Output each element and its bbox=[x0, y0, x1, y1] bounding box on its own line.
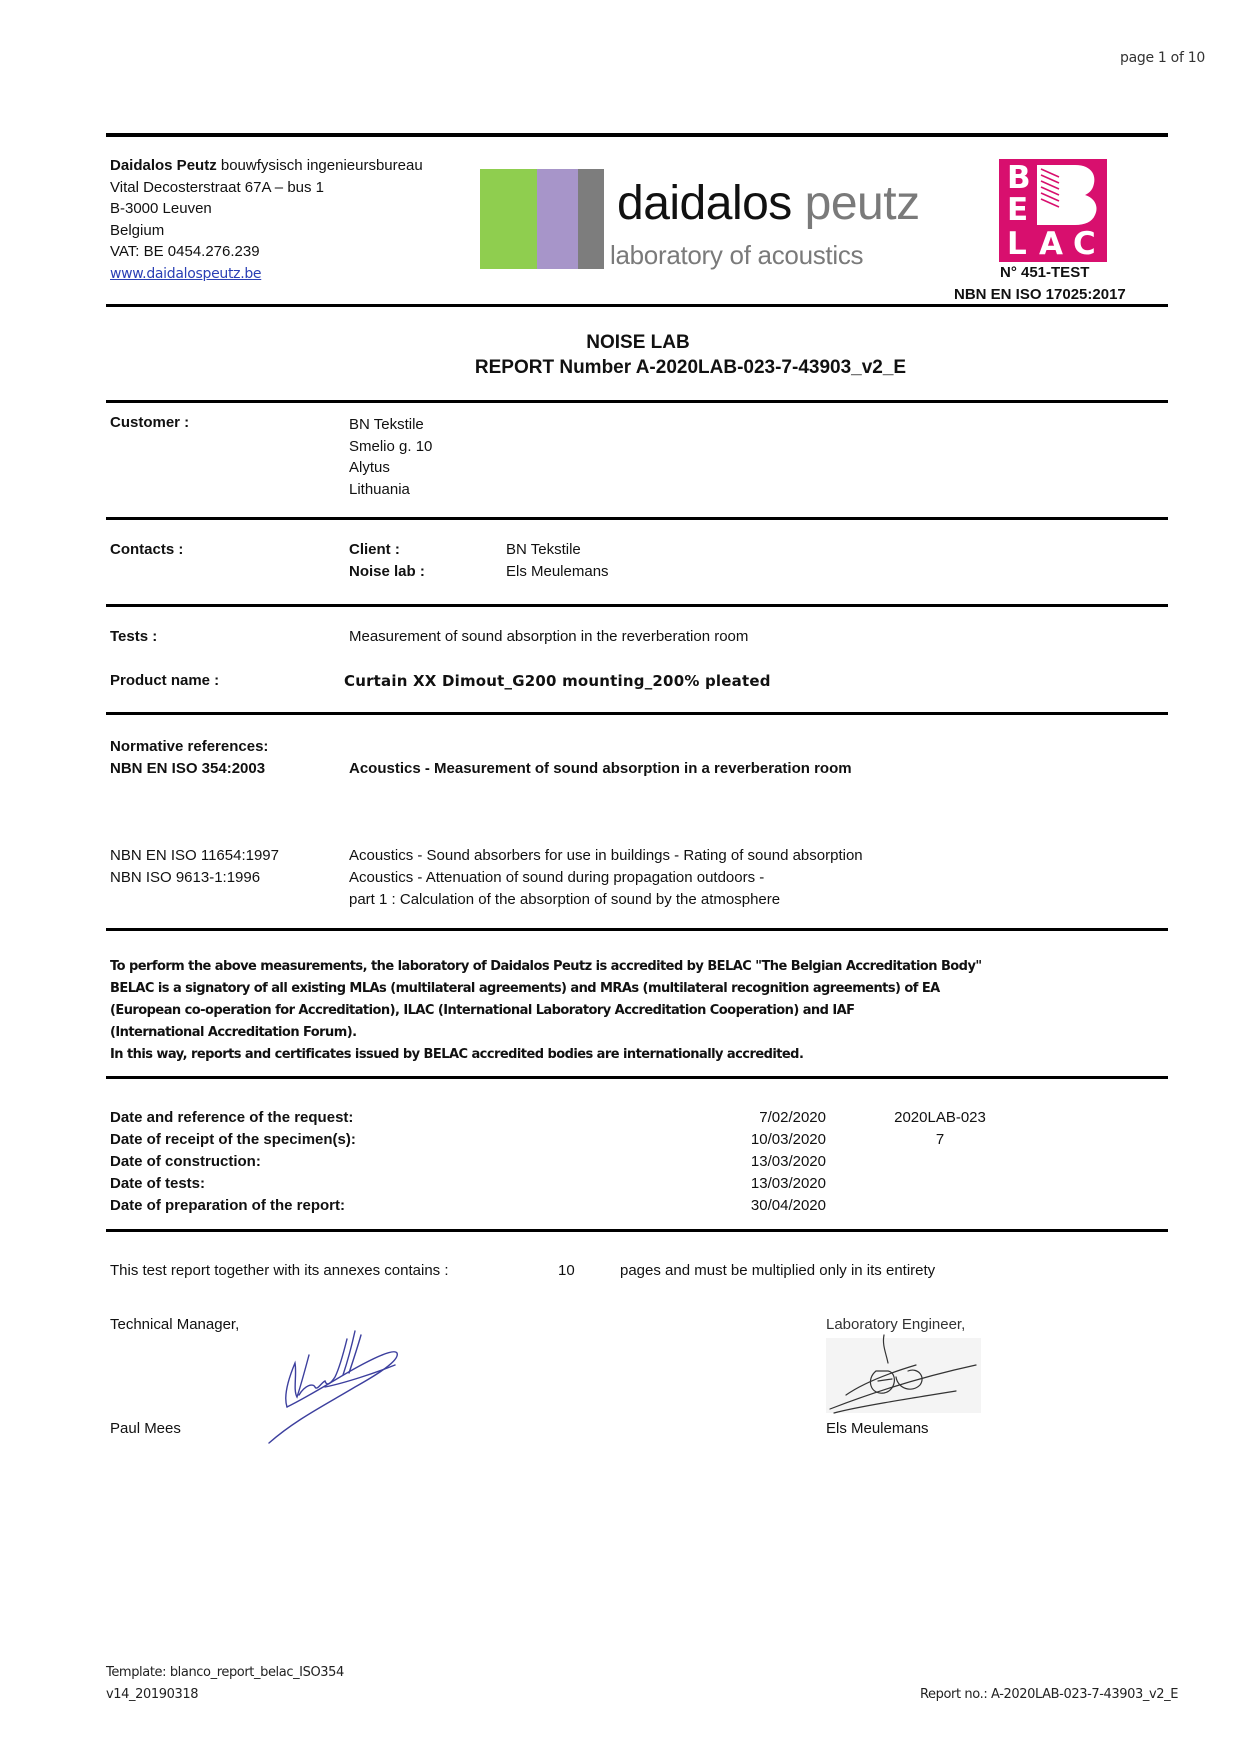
accreditation-line: (International Accreditation Forum). bbox=[110, 1022, 982, 1044]
belac-standard: NBN EN ISO 17025:2017 bbox=[954, 286, 1126, 303]
pages-count: 10 bbox=[558, 1262, 575, 1279]
product-name-value: Curtain XX Dimout_G200 mounting_200% ple… bbox=[344, 672, 771, 690]
contacts-label: Contacts : bbox=[110, 541, 183, 558]
address-country: Belgium bbox=[110, 220, 423, 242]
dates-values: 7/02/2020 10/03/2020 13/03/2020 13/03/20… bbox=[700, 1107, 826, 1217]
divider bbox=[106, 517, 1168, 520]
normative-code: NBN EN ISO 11654:1997 bbox=[110, 847, 279, 864]
dates-labels: Date and reference of the request: Date … bbox=[110, 1107, 356, 1217]
customer-street: Smelio g. 10 bbox=[349, 436, 432, 458]
technical-manager-title: Technical Manager, bbox=[110, 1316, 239, 1333]
belac-letter: E bbox=[1007, 195, 1028, 226]
technical-manager-name: Paul Mees bbox=[110, 1420, 181, 1437]
normative-desc: Acoustics - Sound absorbers for use in b… bbox=[349, 847, 863, 864]
contact-role-client: Client : bbox=[349, 541, 400, 558]
laboratory-engineer-name: Els Meulemans bbox=[826, 1420, 929, 1437]
contact-noiselab-name: Els Meulemans bbox=[506, 563, 609, 580]
accreditation-line: To perform the above measurements, the l… bbox=[110, 956, 982, 978]
logo-subtitle: laboratory of acoustics bbox=[610, 240, 863, 271]
laboratory-engineer-title: Laboratory Engineer, bbox=[826, 1316, 965, 1333]
customer-city: Alytus bbox=[349, 457, 432, 479]
logo-word-daidalos: daidalos bbox=[617, 177, 792, 230]
date-value: 10/03/2020 bbox=[700, 1129, 826, 1151]
specimen-reference: 7 bbox=[880, 1129, 1000, 1151]
tests-value: Measurement of sound absorption in the r… bbox=[349, 628, 748, 645]
belac-logo: B E L A C bbox=[999, 159, 1107, 262]
normative-primary-code: NBN EN ISO 354:2003 bbox=[110, 760, 265, 777]
product-name-label: Product name : bbox=[110, 672, 219, 689]
company-logo-mark bbox=[480, 169, 604, 269]
date-value: 13/03/2020 bbox=[700, 1151, 826, 1173]
divider bbox=[106, 604, 1168, 607]
divider bbox=[106, 400, 1168, 403]
logo-bar-purple bbox=[537, 169, 578, 269]
contact-client-name: BN Tekstile bbox=[506, 541, 581, 558]
footer-template: Template: blanco_report_belac_ISO354 bbox=[106, 1665, 344, 1680]
pages-statement-suffix: pages and must be multiplied only in its… bbox=[620, 1262, 935, 1279]
date-label: Date of construction: bbox=[110, 1151, 356, 1173]
divider bbox=[106, 712, 1168, 715]
date-value: 7/02/2020 bbox=[700, 1107, 826, 1129]
normative-primary-desc: Acoustics - Measurement of sound absorpt… bbox=[349, 760, 852, 777]
logo-bar-green bbox=[480, 169, 537, 269]
company-descriptor: bouwfysisch ingenieursbureau bbox=[217, 157, 423, 174]
divider bbox=[106, 1229, 1168, 1232]
belac-number: N° 451-TEST bbox=[1000, 264, 1089, 281]
normative-desc: part 1 : Calculation of the absorption o… bbox=[349, 891, 780, 908]
divider bbox=[106, 304, 1168, 307]
technical-manager-signature-icon bbox=[265, 1325, 415, 1445]
date-label: Date and reference of the request: bbox=[110, 1107, 356, 1129]
website-link[interactable]: www.daidalospeutz.be bbox=[110, 266, 261, 282]
belac-letter: B bbox=[1007, 163, 1031, 194]
divider bbox=[106, 1076, 1168, 1079]
tests-label: Tests : bbox=[110, 628, 157, 645]
normative-heading: Normative references: bbox=[110, 738, 268, 755]
address-city: B-3000 Leuven bbox=[110, 198, 423, 220]
belac-big-b-icon bbox=[1035, 165, 1101, 225]
divider bbox=[106, 133, 1168, 137]
accreditation-statement: To perform the above measurements, the l… bbox=[110, 956, 982, 1066]
address-street: Vital Decosterstraat 67A – bus 1 bbox=[110, 177, 423, 199]
contact-role-noiselab: Noise lab : bbox=[349, 563, 425, 580]
customer-name: BN Tekstile bbox=[349, 414, 432, 436]
normative-desc: Acoustics - Attenuation of sound during … bbox=[349, 869, 764, 886]
accreditation-line: (European co-operation for Accreditation… bbox=[110, 1000, 982, 1022]
address-vat: VAT: BE 0454.276.239 bbox=[110, 241, 423, 263]
date-value: 13/03/2020 bbox=[700, 1173, 826, 1195]
request-reference: 2020LAB-023 bbox=[880, 1107, 1000, 1129]
belac-letter: L bbox=[1007, 229, 1027, 260]
accreditation-line: In this way, reports and certificates is… bbox=[110, 1044, 982, 1066]
date-value: 30/04/2020 bbox=[700, 1195, 826, 1217]
customer-country: Lithuania bbox=[349, 479, 432, 501]
logo-word-peutz: peutz bbox=[805, 177, 920, 230]
dates-references: 2020LAB-023 7 bbox=[880, 1107, 1000, 1151]
footer-report-number: Report no.: A-2020LAB-023-7-43903_v2_E bbox=[920, 1687, 1178, 1702]
company-name: Daidalos Peutz bbox=[110, 157, 217, 174]
report-number-title: REPORT Number A-2020LAB-023-7-43903_v2_E bbox=[0, 357, 1240, 379]
company-address: Daidalos Peutz bouwfysisch ingenieursbur… bbox=[110, 155, 423, 285]
date-label: Date of receipt of the specimen(s): bbox=[110, 1129, 356, 1151]
normative-code: NBN ISO 9613-1:1996 bbox=[110, 869, 260, 886]
page-indicator: page 1 of 10 bbox=[1120, 50, 1205, 66]
date-label: Date of preparation of the report: bbox=[110, 1195, 356, 1217]
accreditation-line: BELAC is a signatory of all existing MLA… bbox=[110, 978, 982, 1000]
logo-bar-gray bbox=[578, 169, 604, 269]
belac-letter: C bbox=[1073, 229, 1096, 260]
laboratory-engineer-signature-icon bbox=[826, 1333, 986, 1418]
divider bbox=[106, 928, 1168, 931]
company-logo-wordmark: daidalos peutz bbox=[617, 180, 920, 228]
belac-letter: A bbox=[1039, 229, 1063, 260]
date-label: Date of tests: bbox=[110, 1173, 356, 1195]
footer-version: v14_20190318 bbox=[106, 1687, 198, 1702]
customer-address: BN Tekstile Smelio g. 10 Alytus Lithuani… bbox=[349, 414, 432, 500]
customer-label: Customer : bbox=[110, 414, 189, 431]
report-heading: NOISE LAB bbox=[0, 332, 1240, 354]
pages-statement-prefix: This test report together with its annex… bbox=[110, 1262, 449, 1279]
